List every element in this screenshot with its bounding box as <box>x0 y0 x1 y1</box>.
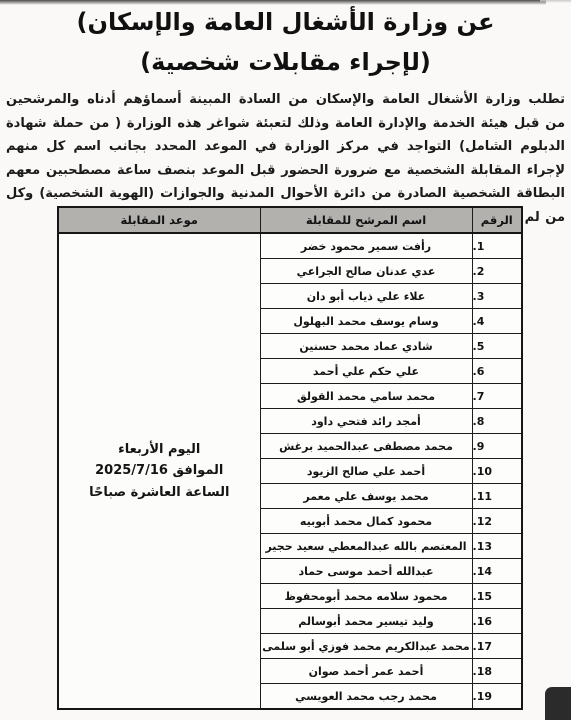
header-number: الرقم <box>472 207 522 233</box>
candidate-name: محمود سلامه محمد أبومحفوظ <box>260 584 472 609</box>
row-number: 5. <box>472 334 522 359</box>
row-number: 17. <box>472 634 522 659</box>
page-title: عن وزارة الأشغال العامة والإسكان) (لإجرا… <box>0 2 571 82</box>
candidate-name: علي حكم علي أحمد <box>260 359 472 384</box>
row-number: 11. <box>472 484 522 509</box>
candidate-name: محمد رجب محمد العويسي <box>260 684 472 710</box>
table-body: 1.رأفت سمير محمود خضراليوم الأربعاءالموا… <box>58 233 522 709</box>
candidate-name: عبدالله أحمد موسى حماد <box>260 559 472 584</box>
appointment-line: الموافق 2025/7/16 <box>59 460 260 482</box>
row-number: 14. <box>472 559 522 584</box>
interview-schedule-table: الرقم اسم المرشح للمقابلة موعد المقابلة … <box>57 206 523 710</box>
header-appointment: موعد المقابلة <box>58 207 260 233</box>
header-candidate-name: اسم المرشح للمقابلة <box>260 207 472 233</box>
candidate-name: محمود كمال محمد أبوبيه <box>260 509 472 534</box>
table-row: 1.رأفت سمير محمود خضراليوم الأربعاءالموا… <box>58 233 522 259</box>
candidate-name: شادي عماد محمد حسنين <box>260 334 472 359</box>
row-number: 1. <box>472 233 522 259</box>
candidate-name: علاء علي ذياب أبو دان <box>260 284 472 309</box>
candidate-name: المعتصم بالله عبدالمعطي سعيد حجير <box>260 534 472 559</box>
candidate-name: محمد يوسف علي معمر <box>260 484 472 509</box>
photo-corner-notch <box>545 687 571 720</box>
row-number: 13. <box>472 534 522 559</box>
row-number: 2. <box>472 259 522 284</box>
row-number: 7. <box>472 384 522 409</box>
appointment-line: اليوم الأربعاء <box>59 439 260 461</box>
row-number: 18. <box>472 659 522 684</box>
title-line-1: عن وزارة الأشغال العامة والإسكان) <box>0 2 571 42</box>
candidate-name: وليد تيسير محمد أبوسالم <box>260 609 472 634</box>
candidate-name: محمد سامي محمد القولق <box>260 384 472 409</box>
candidate-name: محمد عبدالكريم محمد فوزي أبو سلمى <box>260 634 472 659</box>
candidate-name: أحمد عمر أحمد صوان <box>260 659 472 684</box>
table-header-row: الرقم اسم المرشح للمقابلة موعد المقابلة <box>58 207 522 233</box>
appointment-line: الساعة العاشرة صباحًا <box>59 482 260 504</box>
row-number: 10. <box>472 459 522 484</box>
row-number: 9. <box>472 434 522 459</box>
row-number: 3. <box>472 284 522 309</box>
row-number: 8. <box>472 409 522 434</box>
title-line-2: (لإجراء مقابلات شخصية) <box>0 42 571 82</box>
candidate-name: أحمد علي صالح الزيود <box>260 459 472 484</box>
row-number: 16. <box>472 609 522 634</box>
candidate-name: عدي عدنان صالح الجراعي <box>260 259 472 284</box>
row-number: 6. <box>472 359 522 384</box>
candidate-name: أمجد رائد فتحي داود <box>260 409 472 434</box>
candidate-name: رأفت سمير محمود خضر <box>260 233 472 259</box>
row-number: 4. <box>472 309 522 334</box>
row-number: 19. <box>472 684 522 710</box>
row-number: 12. <box>472 509 522 534</box>
appointment-cell: اليوم الأربعاءالموافق 2025/7/16الساعة ال… <box>58 233 260 709</box>
candidate-name: وسام يوسف محمد البهلول <box>260 309 472 334</box>
candidate-name: محمد مصطفى عبدالحميد برغش <box>260 434 472 459</box>
row-number: 15. <box>472 584 522 609</box>
